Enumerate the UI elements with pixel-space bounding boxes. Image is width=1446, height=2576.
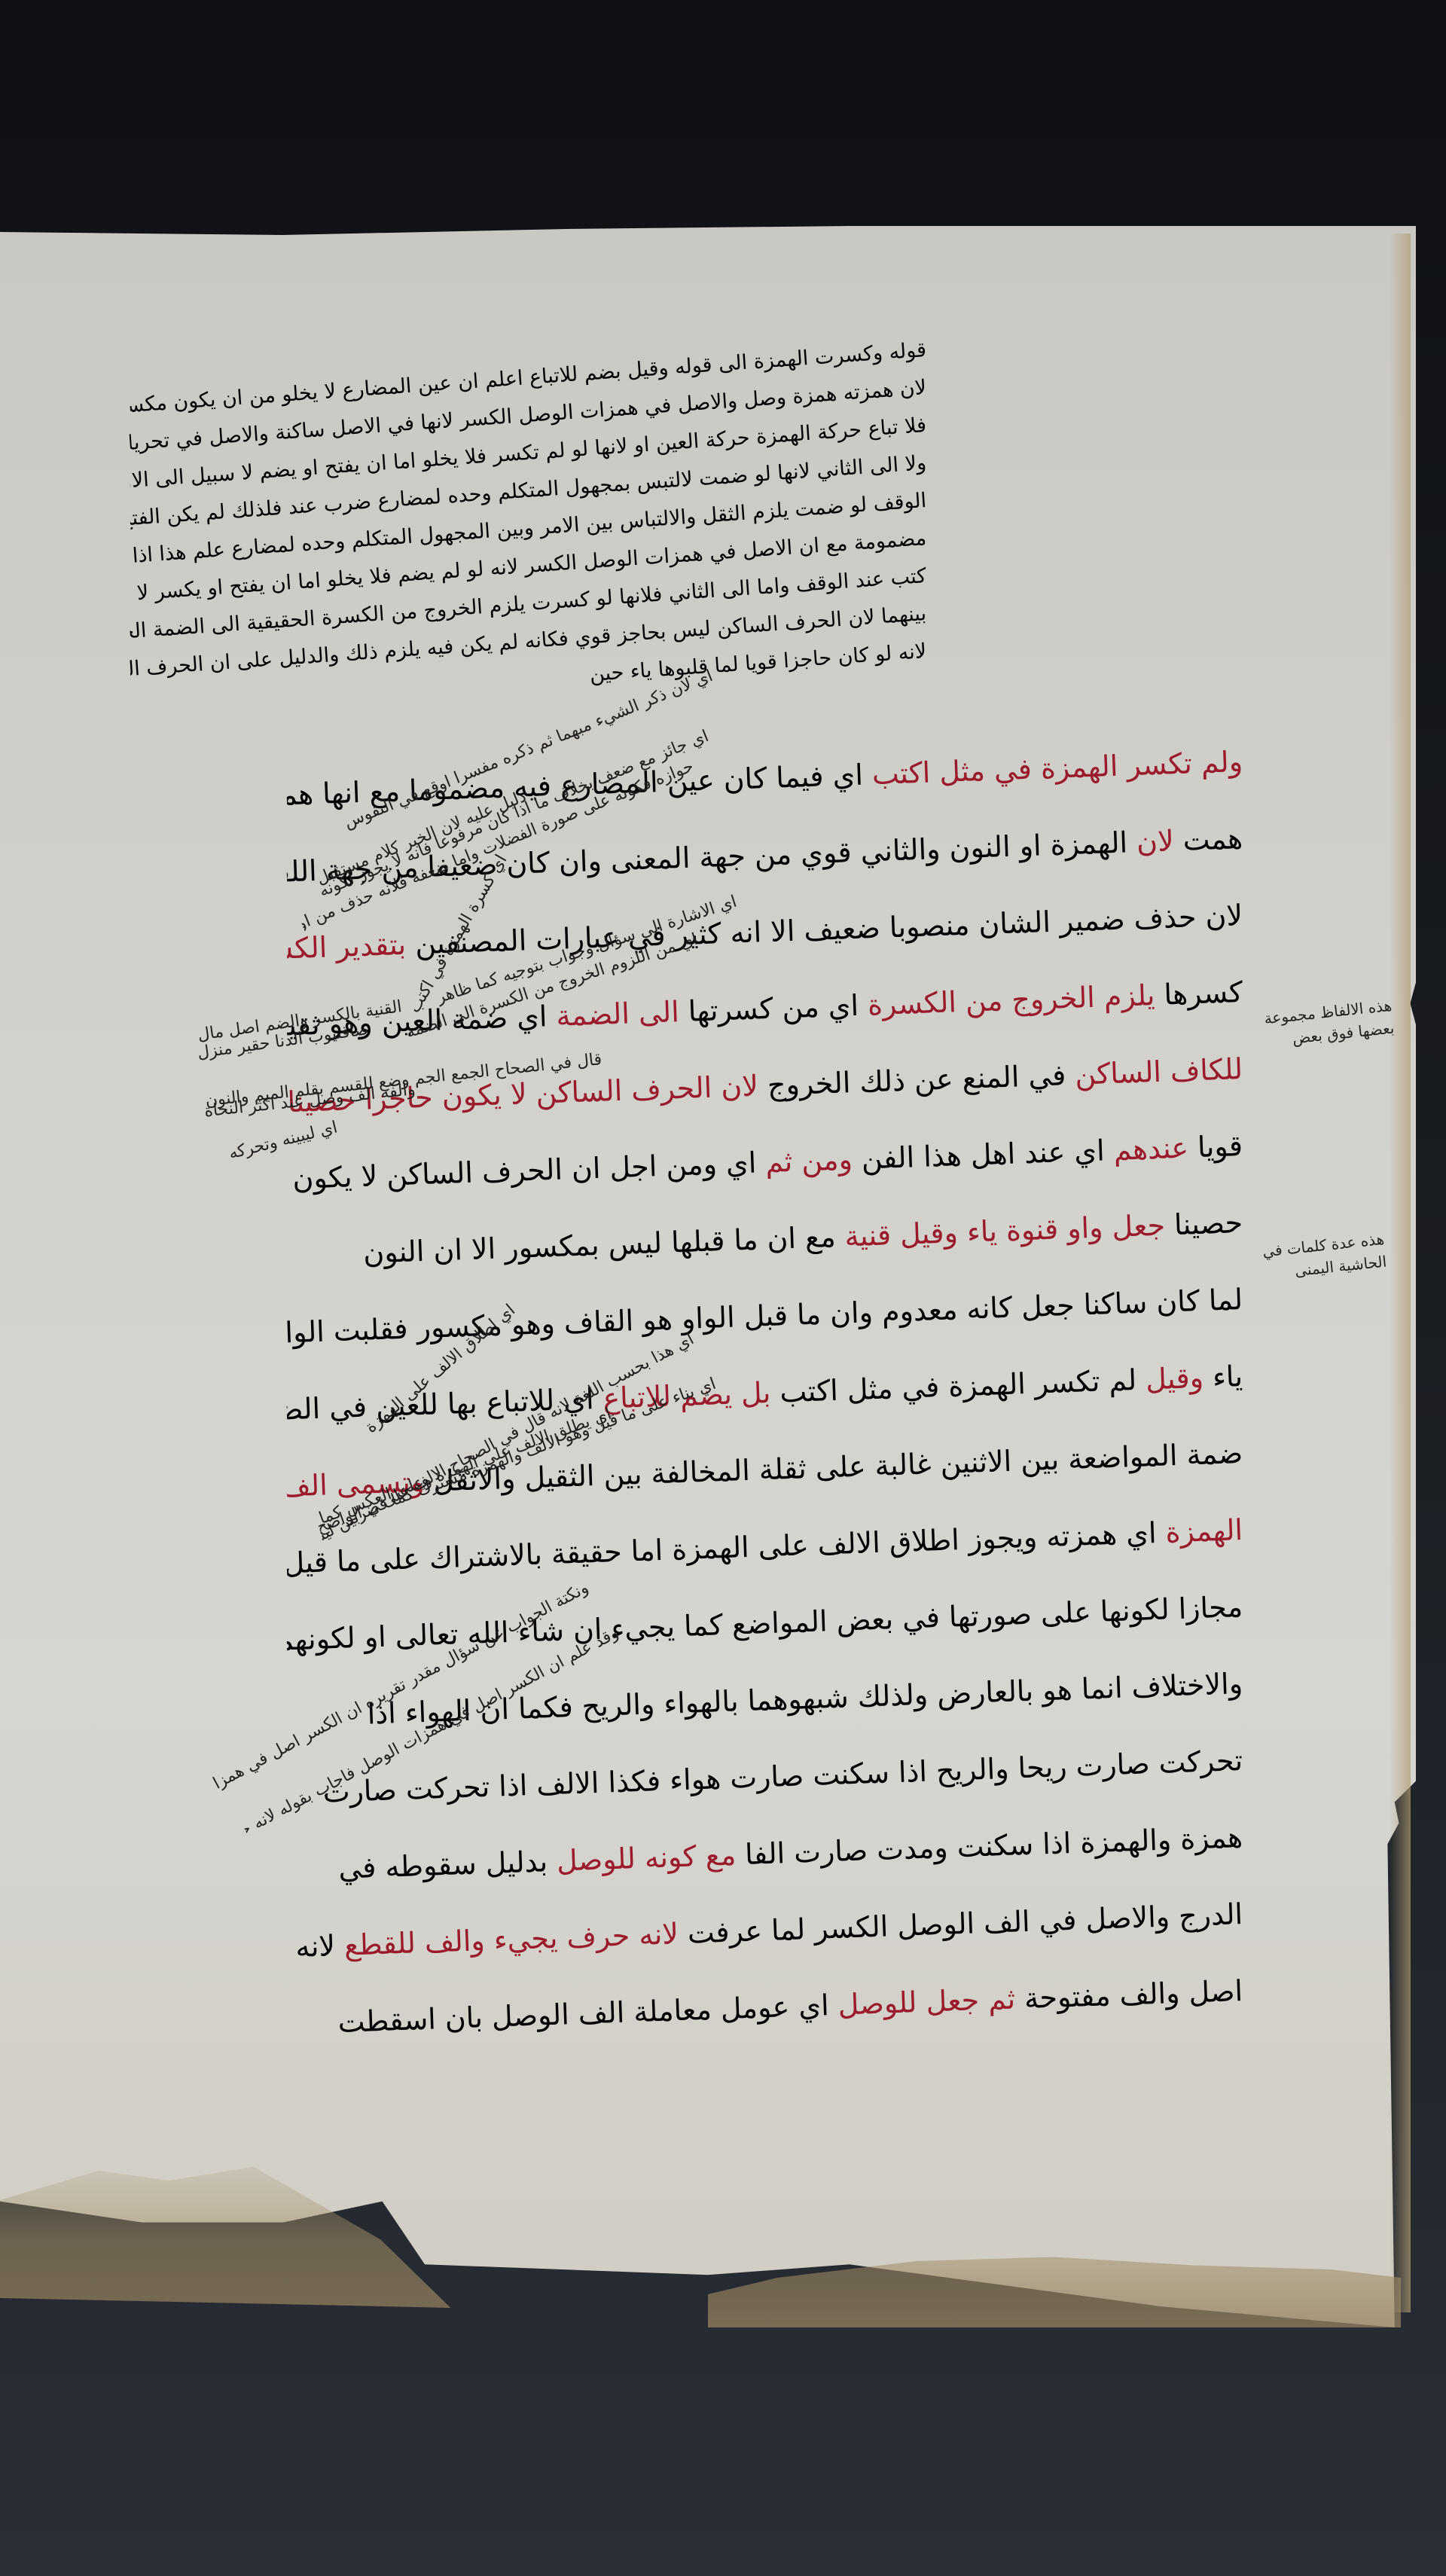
rubric-segment: لان bbox=[1136, 824, 1174, 859]
text-segment: ياء bbox=[1203, 1360, 1243, 1394]
text-segment: اي عند اهل هذا الفن bbox=[852, 1134, 1114, 1176]
rubric-segment: ولم تكسر الهمزة في مثل اكتب bbox=[871, 745, 1243, 791]
text-segment: في المنع عن ذلك الخروج bbox=[758, 1058, 1075, 1103]
page-edge-right bbox=[1390, 233, 1411, 2312]
rubric-segment: عندهم bbox=[1113, 1131, 1189, 1167]
text-segment: حصينا bbox=[1164, 1206, 1243, 1242]
text-segment: لان حذف ضمير الشان منصوبا ضعيف الا انه ك… bbox=[405, 899, 1243, 961]
text-segment: اي عومل معاملة الف الوصل بان اسقطت bbox=[337, 1988, 838, 2039]
text-segment: لم تكسر الهمزة في مثل اكتب bbox=[770, 1363, 1146, 1409]
rubric-segment: ومن ثم bbox=[765, 1143, 853, 1179]
text-segment: اي ومن اجل ان الحرف الساكن لا يكون bbox=[292, 1146, 766, 1195]
text-segment: كسرها bbox=[1155, 975, 1243, 1012]
text-segment: بدليل سقوطه في bbox=[338, 1845, 557, 1885]
rubric-segment: وقيل bbox=[1145, 1361, 1203, 1396]
rubric-segment: لانه حرف يجيء والف للقطع bbox=[343, 1917, 679, 1961]
rubric-segment: الى الضمة bbox=[556, 995, 680, 1033]
text-segment: لانه الف bbox=[285, 1929, 345, 1966]
rubric-segment: بتقدير الكسر bbox=[285, 928, 407, 966]
top-text-block: قوله وكسرت الهمزة الى قوله وقيل بضم للات… bbox=[128, 331, 926, 670]
text-segment: لما كان ساكنا جعل كانه معدوم وان ما قبل … bbox=[285, 1283, 1243, 1350]
rubric-segment: جعل واو قنوة ياء وقيل قنية bbox=[844, 1209, 1166, 1253]
rubric-segment: ثم جعل للوصل bbox=[837, 1982, 1016, 2022]
rubric-segment: يلزم الخروج من الكسرة bbox=[867, 978, 1155, 1021]
rubric-segment: مع كونه للوصل bbox=[556, 1839, 737, 1878]
rubric-segment: الهمزة bbox=[1165, 1513, 1243, 1549]
text-segment: اي همزته ويجوز اطلاق الالف على الهمزة ام… bbox=[285, 1516, 1166, 1582]
text-segment: تحركت صارت ريحا والريح اذا سكنت صارت هوا… bbox=[322, 1744, 1243, 1809]
text-segment: مع ان ما قبلها ليس بمكسور الا ان النون bbox=[362, 1219, 845, 1269]
text-segment: اي من كسرتها bbox=[679, 988, 868, 1028]
text-segment: همت bbox=[1173, 822, 1243, 857]
text-segment: قويا bbox=[1188, 1129, 1243, 1164]
text-segment: الدرج والاصل في الف الوصل الكسر لما عرفت bbox=[678, 1897, 1243, 1950]
text-segment: همزة والهمزة اذا سكنت ومدت صارت الفا bbox=[735, 1821, 1243, 1871]
text-segment: اصل والف مفتوحة bbox=[1014, 1974, 1243, 2016]
rubric-segment: للكاف الساكن bbox=[1075, 1052, 1243, 1091]
